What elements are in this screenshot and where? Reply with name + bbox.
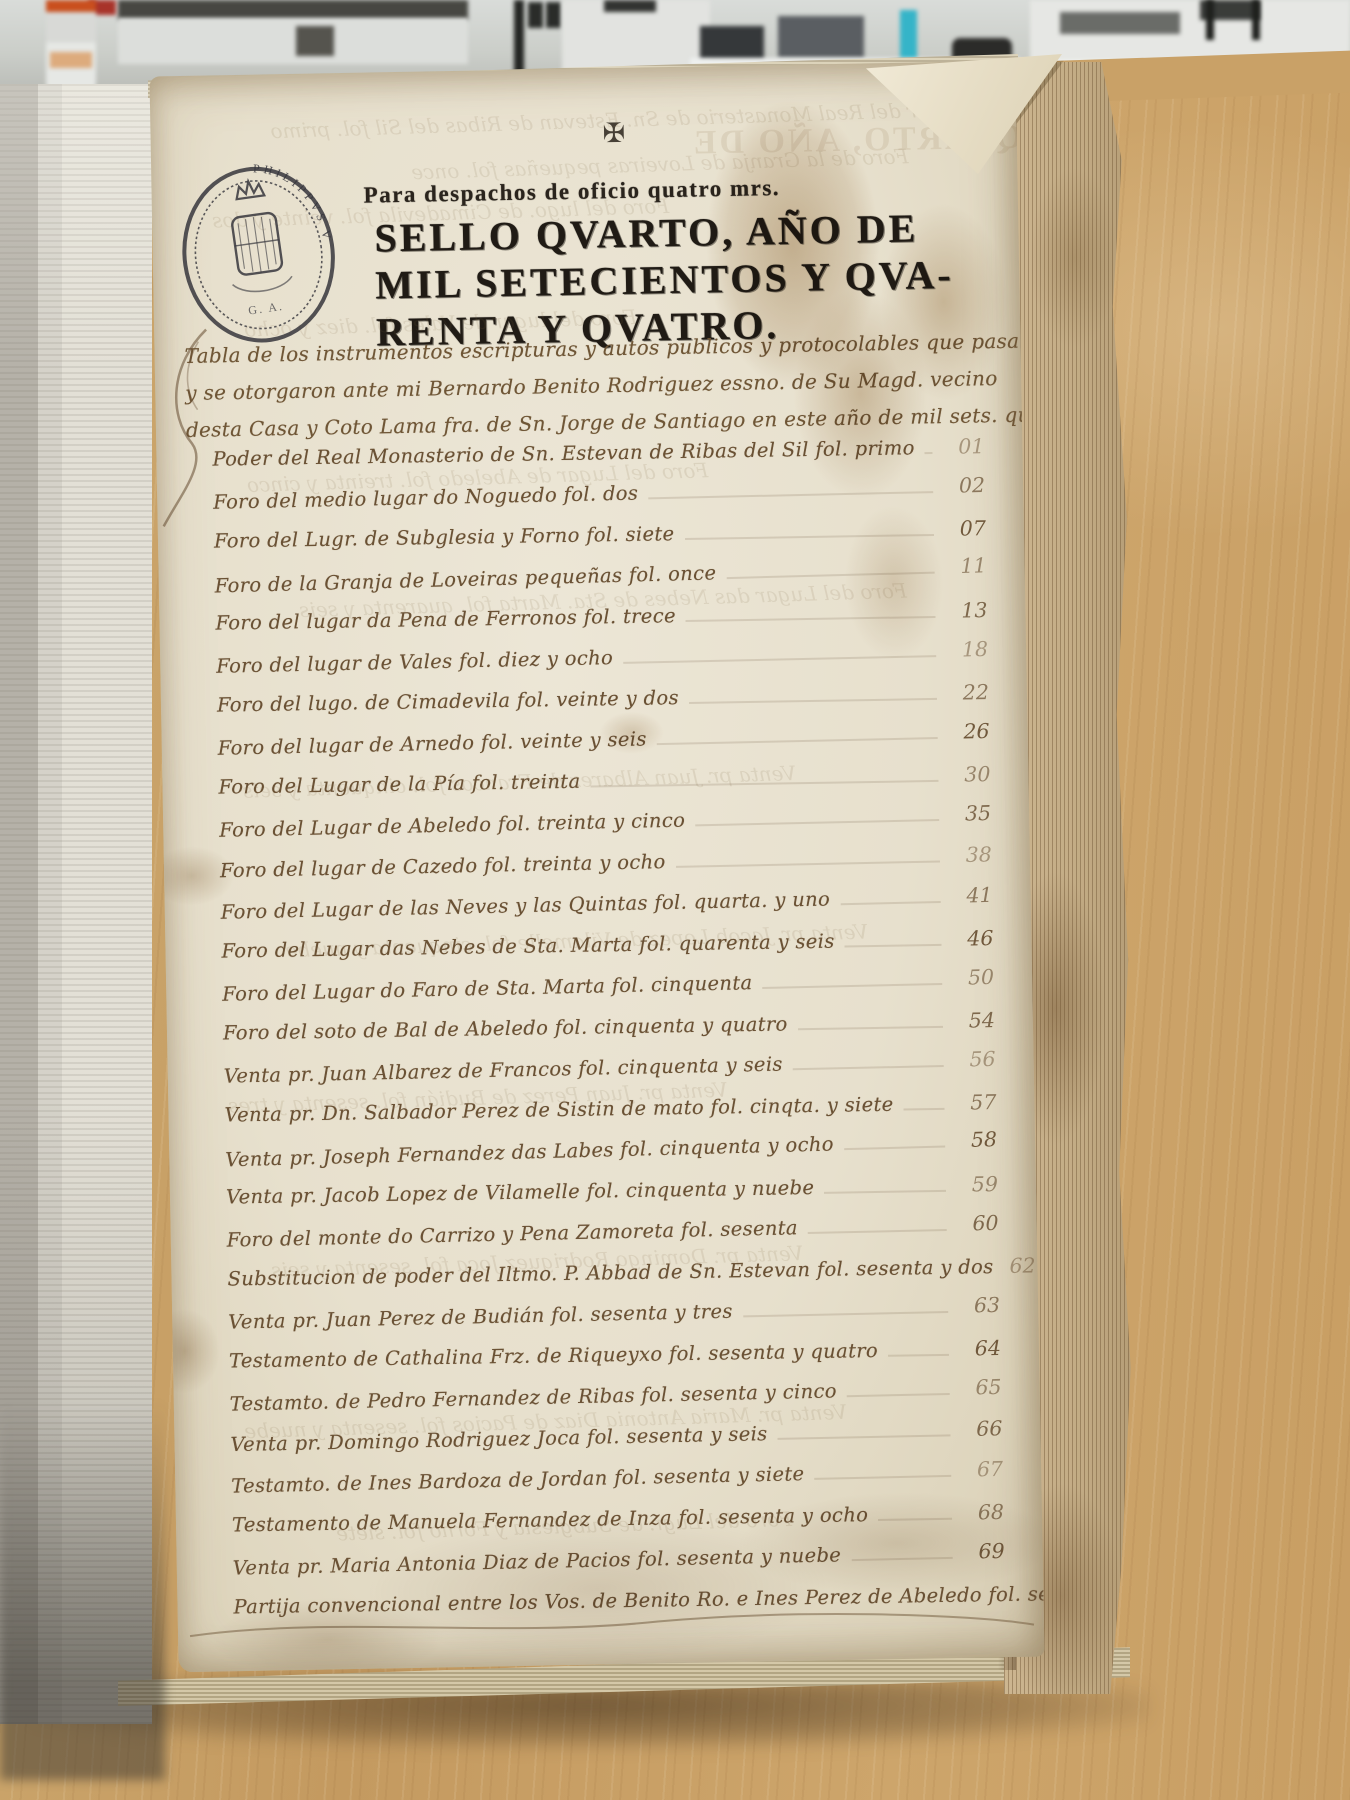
entry-text: Foro del Lugar de la Pía fol. treinta: [218, 770, 580, 799]
teal-object: [900, 10, 917, 62]
entry-leader-line: [591, 780, 939, 788]
entry-leader-line: [925, 452, 933, 454]
entry-folio: 63: [954, 1293, 1001, 1318]
entry-leader-line: [793, 1065, 944, 1070]
entry-text: Foro del lugar da Pena de Ferronos fol. …: [215, 604, 676, 634]
entry-text: Foro del lugar de Vales fol. diez y ocho: [216, 646, 613, 678]
entry-text: Foro del lugar de Arnedo fol. veinte y s…: [218, 727, 647, 759]
entry-folio: 46: [947, 926, 993, 951]
entry-folio: 60: [952, 1211, 999, 1236]
water-bottle: [46, 0, 96, 94]
entry-leader-line: [808, 1229, 947, 1234]
water-bottle-label: [50, 52, 92, 68]
entry-folio: 62: [1009, 1253, 1035, 1277]
office-item: [296, 26, 334, 56]
entry-folio: 41: [946, 883, 993, 908]
entry-leader-line: [878, 1518, 952, 1521]
entry-leader-line: [840, 901, 941, 905]
entry-leader-line: [685, 534, 934, 540]
entry-leader-line: [686, 616, 936, 622]
entry-leader-line: [815, 1475, 952, 1480]
entry-leader-line: [763, 983, 943, 989]
window-sign: [546, 2, 561, 28]
entry-leader-line: [904, 1108, 945, 1111]
entry-folio: 66: [956, 1416, 1002, 1441]
entry-text: Foro del Lugr. de Subglesia y Forno fol.…: [214, 522, 675, 552]
entry-folio: 11: [940, 553, 987, 578]
entry-folio: 38: [946, 842, 992, 867]
entry-folio: 58: [951, 1127, 998, 1152]
entry-folio: 57: [950, 1090, 996, 1115]
entry-leader-line: [689, 698, 937, 704]
entry-folio: 59: [952, 1172, 998, 1197]
entry-folio: 30: [944, 762, 990, 787]
entry-folio: 50: [948, 965, 995, 990]
royal-seal-stamp: PHILIPPVS V G. A.: [167, 152, 353, 359]
entry-text: Poder del Real Monasterio de Sn. Estevan…: [212, 436, 915, 470]
manuscript-page: SELLO QVARTO, AÑO DE Poder del Real Mona…: [149, 61, 1044, 1673]
entry-leader-line: [847, 1393, 950, 1397]
entry-folio: 35: [945, 801, 992, 826]
entry-leader-line: [743, 1311, 948, 1317]
entry-folio: 26: [943, 719, 990, 744]
entry-folio: 07: [940, 516, 986, 541]
entry-folio: 18: [942, 637, 989, 662]
entry-leader-line: [888, 1354, 949, 1357]
window-frame: [1252, 0, 1260, 40]
office-shelf: [118, 0, 468, 20]
entry-leader-line: [824, 1190, 946, 1194]
entry-text: Foro del medio lugar do Noguedo fol. dos: [213, 482, 638, 514]
entry-leader-line: [676, 860, 940, 867]
wall-marks: [604, 0, 656, 12]
entry-leader-line: [844, 1146, 945, 1151]
book-left-shadow: [0, 1400, 165, 1780]
entry-leader-line: [726, 572, 934, 579]
entry-folio: 56: [949, 1047, 996, 1072]
cabinet-slot: [1060, 12, 1180, 34]
entry-text: Foro del lugo. de Cimadevila fol. veinte…: [217, 686, 679, 716]
entry-folio: 68: [958, 1500, 1004, 1525]
seal-bottom-text: G. A.: [247, 299, 284, 318]
entry-folio: 54: [949, 1008, 995, 1033]
entry-folio: 69: [958, 1539, 1005, 1564]
entry-leader-line: [798, 1026, 943, 1030]
entry-leader-line: [845, 944, 942, 948]
entry-folio: 01: [938, 434, 984, 459]
entry-folio: 02: [939, 473, 986, 498]
entry-leader-line: [657, 737, 938, 745]
window-frame: [1206, 0, 1214, 40]
entry-folio: 13: [941, 598, 987, 623]
office-monitor: [700, 26, 764, 60]
entry-folio: 64: [955, 1336, 1001, 1361]
entry-leader-line: [695, 819, 939, 826]
entry-leader-line: [851, 1557, 952, 1561]
office-counter: [118, 18, 468, 64]
photo-scene: SELLO QVARTO, AÑO DE Poder del Real Mona…: [0, 0, 1350, 1800]
entry-folio: 22: [943, 680, 989, 705]
entry-folio: 65: [955, 1375, 1002, 1400]
svg-text:PHILIPPVS V: PHILIPPVS V: [251, 152, 335, 252]
window-sign: [528, 2, 543, 28]
entry-leader-line: [623, 655, 936, 664]
entry-text: Foro del Lugar de Abeledo fol. treinta y…: [219, 809, 685, 842]
entry-leader-line: [778, 1434, 951, 1440]
seal-legend: PHILIPPVS V: [251, 152, 335, 252]
entry-folio: 67: [957, 1457, 1004, 1482]
office-monitor: [778, 16, 864, 58]
entry-leader-line: [648, 491, 933, 499]
